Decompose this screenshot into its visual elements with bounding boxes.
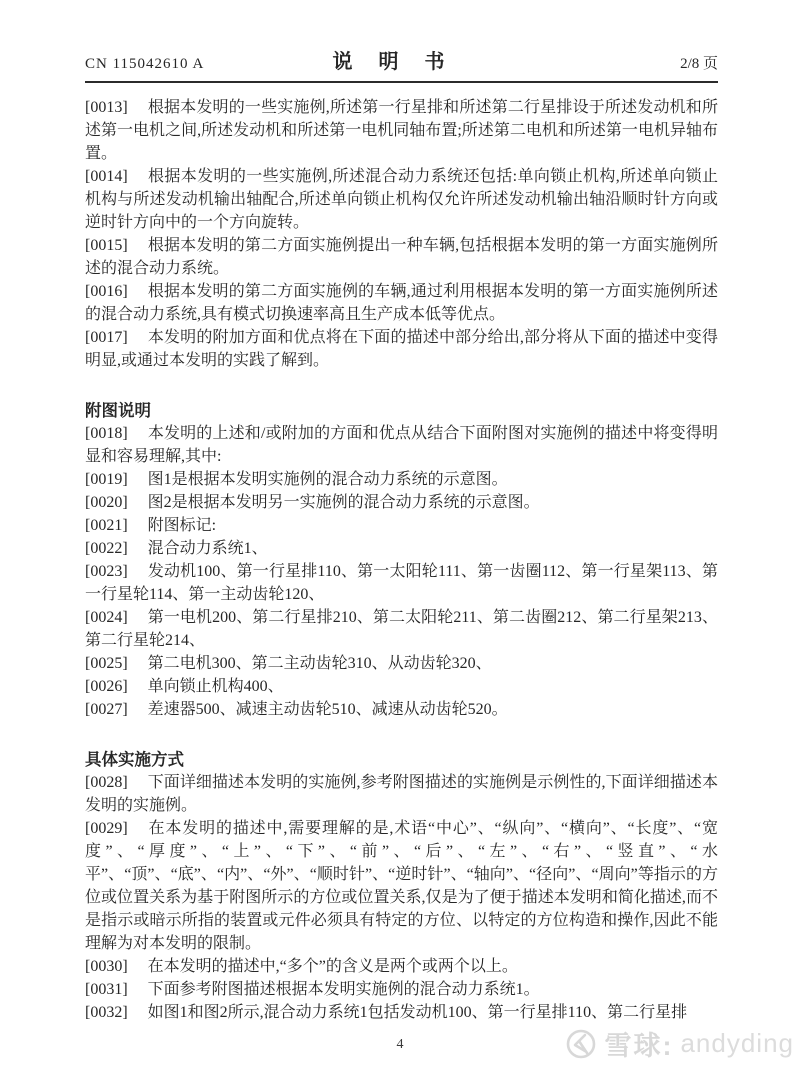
paragraph-0031: [0031]下面参考附图描述根据本发明实施例的混合动力系统1。 [85,978,718,1001]
paragraph-number: [0023] [85,563,148,580]
paragraph-text: 根据本发明的一些实施例,所述混合动力系统还包括:单向锁止机构,所述单向锁止机构与… [85,168,718,231]
paragraph-number: [0027] [85,701,148,718]
paragraph-0032: [0032]如图1和图2所示,混合动力系统1包括发动机100、第一行星排110、… [85,1001,718,1024]
paragraph-text: 附图标记: [148,517,216,534]
paragraph-0019: [0019]图1是根据本发明实施例的混合动力系统的示意图。 [85,468,718,491]
paragraph-number: [0026] [85,678,148,695]
paragraph-0020: [0020]图2是根据本发明另一实施例的混合动力系统的示意图。 [85,491,718,514]
paragraph-text: 第一电机200、第二行星排210、第二太阳轮211、第二齿圈212、第二行星架2… [85,609,718,649]
paragraph-number: [0030] [85,958,148,975]
paragraph-text: 单向锁止机构400、 [148,678,284,695]
paragraph-text: 差速器500、减速主动齿轮510、减速从动齿轮520。 [148,701,508,718]
document-body: [0013]根据本发明的一些实施例,所述第一行星排和所述第二行星排设于所述发动机… [85,96,718,1024]
paragraph-number: [0014] [85,168,148,185]
paragraph-0021: [0021]附图标记: [85,514,718,537]
paragraph-number: [0019] [85,471,148,488]
patent-number: CN 115042610 A [85,56,285,73]
watermark: 雪球: andyding [565,1024,794,1063]
paragraph-0017: [0017]本发明的附加方面和优点将在下面的描述中部分给出,部分将从下面的描述中… [85,326,718,372]
paragraph-0027: [0027]差速器500、减速主动齿轮510、减速从动齿轮520。 [85,698,718,721]
paragraph-text: 混合动力系统1、 [148,540,268,557]
paragraph-text: 图2是根据本发明另一实施例的混合动力系统的示意图。 [148,494,540,511]
paragraph-text: 在本发明的描述中,需要理解的是,术语“中心”、“纵向”、“横向”、“长度”、“宽… [85,820,718,952]
paragraph-0014: [0014]根据本发明的一些实施例,所述混合动力系统还包括:单向锁止机构,所述单… [85,165,718,234]
paragraph-text: 根据本发明的第二方面实施例的车辆,通过利用根据本发明的第一方面实施例所述的混合动… [85,283,718,323]
paragraph-number: [0013] [85,99,148,116]
paragraph-text: 发动机100、第一行星排110、第一太阳轮111、第一齿圈112、第一行星架11… [85,563,718,603]
paragraph-0028: [0028]下面详细描述本发明的实施例,参考附图描述的实施例是示例性的,下面详细… [85,771,718,817]
paragraph-0018: [0018]本发明的上述和/或附加的方面和优点从结合下面附图对实施例的描述中将变… [85,422,718,468]
xueqiu-snowball-logo-icon [565,1028,597,1060]
paragraph-0016: [0016]根据本发明的第二方面实施例的车辆,通过利用根据本发明的第一方面实施例… [85,280,718,326]
paragraph-0013: [0013]根据本发明的一些实施例,所述第一行星排和所述第二行星排设于所述发动机… [85,96,718,165]
paragraph-0022: [0022]混合动力系统1、 [85,537,718,560]
paragraph-text: 下面参考附图描述根据本发明实施例的混合动力系统1。 [148,981,540,998]
paragraph-0025: [0025]第二电机300、第二主动齿轮310、从动齿轮320、 [85,652,718,675]
paragraph-number: [0029] [85,820,148,837]
watermark-username: andyding [680,1028,794,1059]
page-header: CN 115042610 A 说明书 2/8 页 [85,45,718,83]
paragraph-0030: [0030]在本发明的描述中,“多个”的含义是两个或两个以上。 [85,955,718,978]
paragraph-number: [0015] [85,237,148,254]
document-title: 说明书 [307,45,471,74]
paragraph-0026: [0026]单向锁止机构400、 [85,675,718,698]
paragraph-text: 第二电机300、第二主动齿轮310、从动齿轮320、 [148,655,492,672]
paragraph-text: 如图1和图2所示,混合动力系统1包括发动机100、第一行星排110、第二行星排 [148,1004,687,1021]
paragraph-number: [0021] [85,517,148,534]
paragraph-text: 在本发明的描述中,“多个”的含义是两个或两个以上。 [148,958,518,975]
paragraph-number: [0018] [85,425,148,442]
paragraph-0029: [0029]在本发明的描述中,需要理解的是,术语“中心”、“纵向”、“横向”、“… [85,817,718,955]
paragraph-number: [0017] [85,329,148,346]
paragraph-number: [0016] [85,283,148,300]
paragraph-number: [0031] [85,981,148,998]
paragraph-text: 根据本发明的一些实施例,所述第一行星排和所述第二行星排设于所述发动机和所述第一电… [85,99,718,162]
paragraph-0023: [0023]发动机100、第一行星排110、第一太阳轮111、第一齿圈112、第… [85,560,718,606]
paragraph-number: [0022] [85,540,148,557]
watermark-site-label: 雪球: [604,1024,673,1063]
paragraph-text: 本发明的附加方面和优点将在下面的描述中部分给出,部分将从下面的描述中变得明显,或… [85,329,718,369]
paragraph-text: 本发明的上述和/或附加的方面和优点从结合下面附图对实施例的描述中将变得明显和容易… [85,425,718,465]
paragraph-number: [0024] [85,609,148,626]
section-heading: 附图说明 [85,399,718,422]
paragraph-0024: [0024]第一电机200、第二行星排210、第二太阳轮211、第二齿圈212、… [85,606,718,652]
paragraph-number: [0028] [85,774,148,791]
paragraph-number: [0020] [85,494,148,511]
paragraph-number: [0025] [85,655,148,672]
paragraph-number: [0032] [85,1004,148,1021]
patent-page: CN 115042610 A 说明书 2/8 页 [0013]根据本发明的一些实… [0,0,800,1075]
section-heading: 具体实施方式 [85,748,718,771]
paragraph-text: 图1是根据本发明实施例的混合动力系统的示意图。 [148,471,508,488]
page-indicator: 2/8 页 [518,52,718,73]
paragraph-text: 下面详细描述本发明的实施例,参考附图描述的实施例是示例性的,下面详细描述本发明的… [85,774,718,814]
paragraph-0015: [0015]根据本发明的第二方面实施例提出一种车辆,包括根据本发明的第一方面实施… [85,234,718,280]
paragraph-text: 根据本发明的第二方面实施例提出一种车辆,包括根据本发明的第一方面实施例所述的混合… [85,237,718,277]
